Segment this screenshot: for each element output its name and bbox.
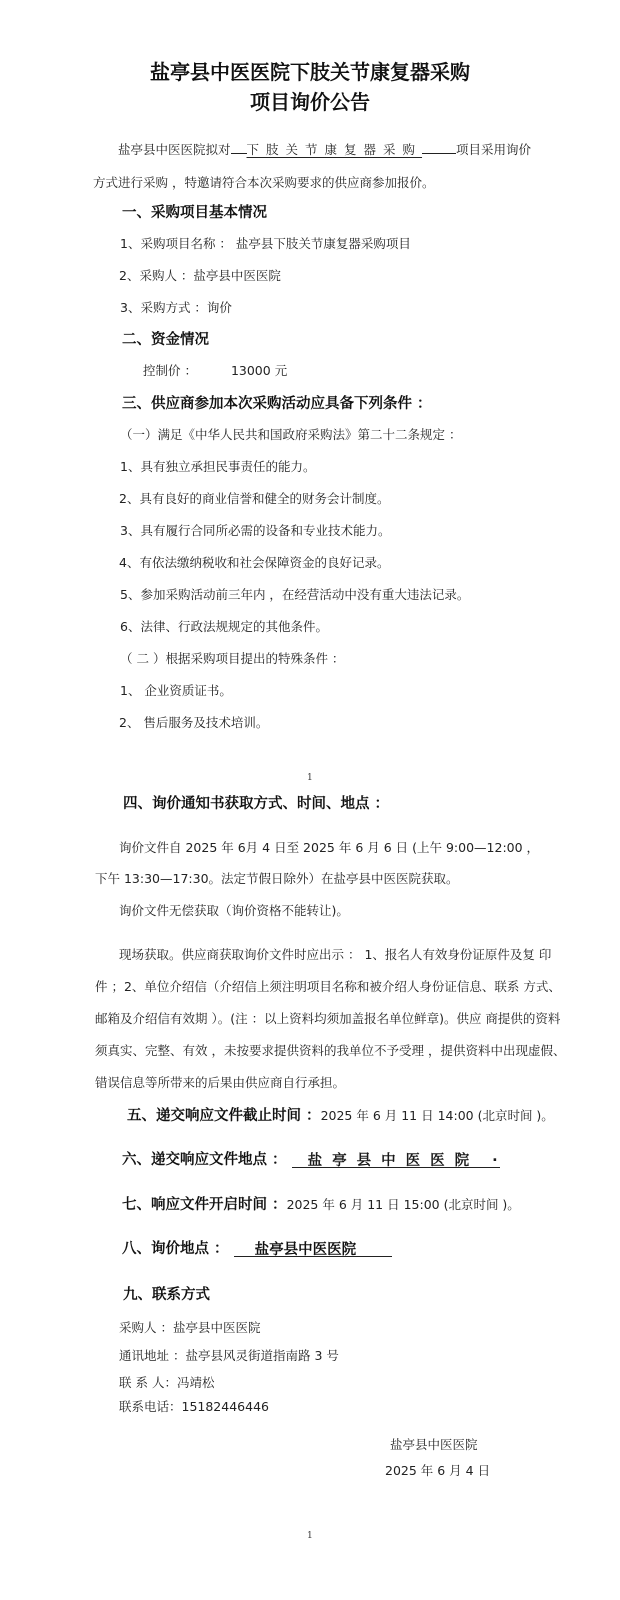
control-price-value: 13000 元 (231, 363, 287, 378)
signature-date: 2025 年 6 月 4 日 (385, 1461, 490, 1479)
section3-heading: 三、供应商参加本次采购活动应具备下列条件 ： (122, 392, 432, 413)
intro-suffix: 项目采用询价 (456, 142, 531, 157)
section8-value: 盐亭县中医医院 (255, 1238, 357, 1259)
section4-para1-line2: 下午 13:30—17:30。法定节假日除外）在盐亭县中医医院获取。 (95, 869, 459, 887)
section4-para3-line: 现场获取。供应商获取询价文件时应出示 ： 1、报名人有效身份证原件及复 印 (119, 945, 551, 963)
intro-project-name: 下肢关节康复器采购 (247, 142, 423, 157)
control-price-label: 控制价 ： (143, 363, 197, 378)
section7-heading: 七、响应文件开启时间 ： (122, 1197, 287, 1213)
section3-sub2-item: 1、 企业资质证书。 (120, 681, 232, 699)
section8: 八、询价地点 ： 盐亭县中医医院 (122, 1237, 392, 1258)
control-price: 控制价 ： 13000 元 (143, 361, 287, 379)
section9-heading: 九、联系方式 (123, 1283, 210, 1304)
section3-sub1: （一）满足《中华人民共和国政府采购法》第二十二条规定 ： (120, 425, 461, 443)
section6-trail: . (492, 1149, 498, 1165)
section4-para2: 询价文件无偿获取（询价资格不能转让)。 (119, 901, 349, 919)
section7: 七、响应文件开启时间 ：2025 年 6 月 11 日 15:00 (北京时间 … (122, 1193, 520, 1214)
intro-prefix: 盐亭县中医医院拟对 (118, 142, 231, 157)
section3-sub1-item: 5、参加采购活动前三年内 ，在经营活动中没有重大违法记录。 (120, 585, 469, 603)
section5: 五、递交响应文件截止时间 ：2025 年 6 月 11 日 14:00 (北京时… (127, 1104, 554, 1125)
contact-phone: 联系电话：15182446446 (119, 1397, 269, 1415)
page-number: 1 (307, 1531, 313, 1541)
contact-address: 通讯地址 ：盐亭县风灵街道指南路 3 号 (119, 1346, 339, 1364)
section4-para3-line: 件 ；2、单位介绍信（介绍信上须注明项目名称和被介绍人身份证信息、联系 方式、 (95, 977, 561, 995)
section4-para1-line1: 询价文件自 2025 年 6月 4 日至 2025 年 6 月 6 日 (上午 … (119, 838, 539, 856)
section2-heading: 二、资金情况 (122, 328, 209, 349)
intro-line2: 方式进行采购 ，特邀请符合本次采购要求的供应商参加报价。 (93, 173, 434, 191)
section1-item: 3、采购方式 ：询价 (120, 298, 232, 316)
section4-heading: 四、询价通知书获取方式、时间、地点 ： (123, 792, 389, 813)
section4-para3-line: 邮箱及介绍信有效期 ）。(注 ：以上资料均须加盖报名单位鲜章)。供应 商提供的资… (95, 1009, 560, 1027)
section3-sub1-item: 4、有依法缴纳税收和社会保障资金的良好记录。 (119, 553, 389, 571)
section5-value: 2025 年 6 月 11 日 14:00 (北京时间 )。 (321, 1108, 554, 1123)
document-title-line2: 项目询价公告 (0, 86, 620, 115)
section1-item: 1、采购项目名称 ： 盐亭县下肢关节康复器采购项目 (120, 234, 411, 252)
section3-sub2-item: 2、 售后服务及技术培训。 (119, 713, 268, 731)
contact-person: 联 系 人：冯靖松 (119, 1373, 214, 1391)
section3-sub1-item: 2、具有良好的商业信誉和健全的财务会计制度。 (119, 489, 389, 507)
section3-sub1-item: 6、法律、行政法规规定的其他条件。 (120, 617, 328, 635)
contact-purchaser: 采购人 ：盐亭县中医医院 (119, 1318, 260, 1336)
section3-sub1-item: 3、具有履行合同所必需的设备和专业技术能力。 (120, 521, 390, 539)
page-number: 1 (307, 773, 313, 783)
section4-para3-line: 错误信息等所带来的后果由供应商自行承担。 (95, 1073, 345, 1091)
section1-item: 2、采购人 ：盐亭县中医医院 (119, 266, 281, 284)
section8-heading: 八、询价地点 ： (122, 1241, 229, 1257)
signature-org: 盐亭县中医医院 (390, 1435, 478, 1453)
section3-sub1-item: 1、具有独立承担民事责任的能力。 (120, 457, 315, 475)
section7-value: 2025 年 6 月 11 日 15:00 (北京时间 )。 (287, 1197, 520, 1212)
section6: 六、递交响应文件地点 ： 盐亭县中医医院 . (122, 1148, 500, 1169)
section1-heading: 一、采购项目基本情况 (122, 201, 267, 222)
document-title-line1: 盐亭县中医医院下肢关节康复器采购 (0, 56, 620, 85)
section4-para3-line: 须真实、完整、有效 ，未按要求提供资料的我单位不予受理 ，提供资料中出现虚假、 (95, 1041, 565, 1059)
section6-value: 盐亭县中医医院 (308, 1149, 480, 1170)
section6-heading: 六、递交响应文件地点 ： (122, 1152, 287, 1168)
intro-paragraph: 盐亭县中医医院拟对下肢关节康复器采购项目采用询价 (118, 140, 531, 158)
section3-sub2: （ 二 ）根据采购项目提出的特殊条件 ： (120, 649, 344, 667)
section5-heading: 五、递交响应文件截止时间 ： (127, 1108, 321, 1124)
